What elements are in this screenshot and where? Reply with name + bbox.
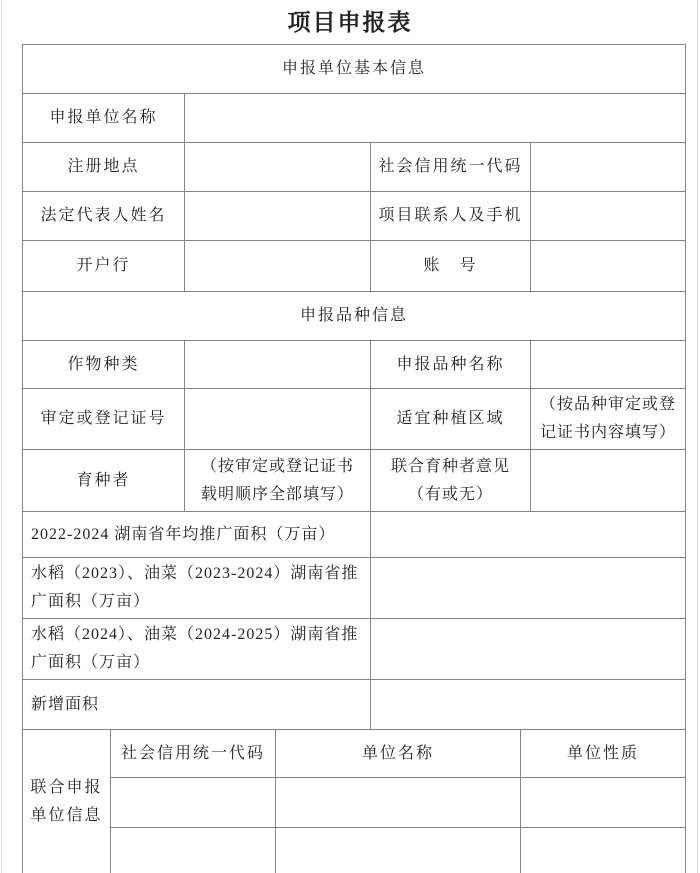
joint-row-1-unit-nature-field[interactable] [521, 828, 686, 873]
crop-type-label: 作物种类 [23, 341, 185, 389]
reg-location-field[interactable] [185, 143, 371, 192]
crop-type-field[interactable] [185, 341, 371, 389]
joint-row-1-unit-name-field[interactable] [276, 828, 521, 873]
joint-breeder-label: 联合育种者意见 （有或无） [371, 450, 531, 512]
unit-name-field[interactable] [185, 94, 686, 143]
joint-col-unit-name: 单位名称 [276, 730, 521, 778]
breeder-label: 育种者 [23, 450, 185, 512]
cert-no-field[interactable] [185, 389, 371, 450]
variety-name-field[interactable] [531, 341, 686, 389]
planting-area-label: 适宜种植区域 [371, 389, 531, 450]
joint-col-credit-code: 社会信用统一代码 [111, 730, 276, 778]
joint-breeder-field[interactable] [531, 450, 686, 512]
new-area-field[interactable] [371, 680, 686, 730]
section-variety-header: 申报品种信息 [23, 292, 686, 341]
bank-field[interactable] [185, 241, 371, 292]
area-2024-field[interactable] [371, 619, 686, 680]
area-2023-field[interactable] [371, 558, 686, 619]
page-edge-right [697, 0, 698, 873]
main-form-table: 申报单位基本信息 申报单位名称 注册地点 社会信用统一代码 法定代表人姓名 项目… [22, 44, 686, 730]
variety-name-label: 申报品种名称 [371, 341, 531, 389]
joint-row-0-credit-code-field[interactable] [111, 778, 276, 828]
unit-name-label: 申报单位名称 [23, 94, 185, 143]
legal-rep-label: 法定代表人姓名 [23, 192, 185, 241]
contact-label: 项目联系人及手机 [371, 192, 531, 241]
section-basic-header: 申报单位基本信息 [23, 45, 686, 94]
joint-col-unit-nature: 单位性质 [521, 730, 686, 778]
joint-row-0-unit-nature-field[interactable] [521, 778, 686, 828]
credit-code-label: 社会信用统一代码 [371, 143, 531, 192]
avg-area-field[interactable] [371, 512, 686, 558]
reg-location-label: 注册地点 [23, 143, 185, 192]
contact-field[interactable] [531, 192, 686, 241]
legal-rep-field[interactable] [185, 192, 371, 241]
account-field[interactable] [531, 241, 686, 292]
joint-row-0-unit-name-field[interactable] [276, 778, 521, 828]
new-area-label: 新增面积 [23, 680, 371, 730]
bank-label: 开户行 [23, 241, 185, 292]
cert-no-label: 审定或登记证号 [23, 389, 185, 450]
page-title: 项目申报表 [0, 8, 700, 38]
area-2024-label: 水稻（2024）、油菜（2024-2025）湖南省推 广面积（万亩） [23, 619, 371, 680]
area-2023-label: 水稻（2023）、油菜（2023-2024）湖南省推 广面积（万亩） [23, 558, 371, 619]
page-edge-left [1, 0, 2, 873]
joint-units-label: 联合申报 单位信息 [23, 730, 111, 873]
table-row [23, 828, 686, 873]
credit-code-field[interactable] [531, 143, 686, 192]
joint-row-1-credit-code-field[interactable] [111, 828, 276, 873]
planting-area-note: （按品种审定或登 记证书内容填写） [531, 389, 686, 450]
table-row [23, 778, 686, 828]
joint-units-table: 联合申报 单位信息 社会信用统一代码 单位名称 单位性质 [22, 729, 686, 873]
avg-area-label: 2022-2024 湖南省年均推广面积（万亩） [23, 512, 371, 558]
account-label: 账 号 [371, 241, 531, 292]
breeder-note: （按审定或登记证书 载明顺序全部填写） [185, 450, 371, 512]
